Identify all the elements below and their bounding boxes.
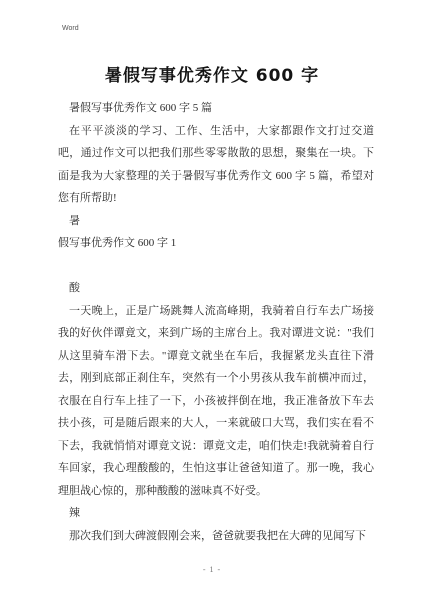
paragraph-heading-rest: 假写事优秀作文 600 字 1 [58,232,374,255]
paragraph-subtitle: 暑假写事优秀作文 600 字 5 篇 [58,97,374,120]
paragraph-intro: 在平平淡淡的学习、工作、生活中，大家都跟作文打过交道吧，通过作文可以把我们那些零… [58,120,374,210]
paragraph-heading-first-char: 暑 [58,210,374,233]
document-page: Word 暑假写事优秀作文 600 字 暑假写事优秀作文 600 字 5 篇 在… [0,0,424,600]
paragraph-story-la: 那次我们到大碑渡假刚会来，爸爸就要我把在大碑的见闻写下 [58,525,374,548]
document-title: 暑假写事优秀作文 600 字 [0,0,424,86]
section-label-la: 辣 [58,502,374,525]
document-body: 暑假写事优秀作文 600 字 5 篇 在平平淡淡的学习、工作、生活中，大家都跟作… [0,97,424,547]
page-number: - 1 - [0,565,424,574]
word-watermark: Word [62,25,79,32]
paragraph-story-suan: 一天晚上，正是广场跳舞人流高峰期，我骑着自行车去广场接我的好伙伴谭竟文，来到广场… [58,300,374,503]
section-label-suan: 酸 [58,277,374,300]
